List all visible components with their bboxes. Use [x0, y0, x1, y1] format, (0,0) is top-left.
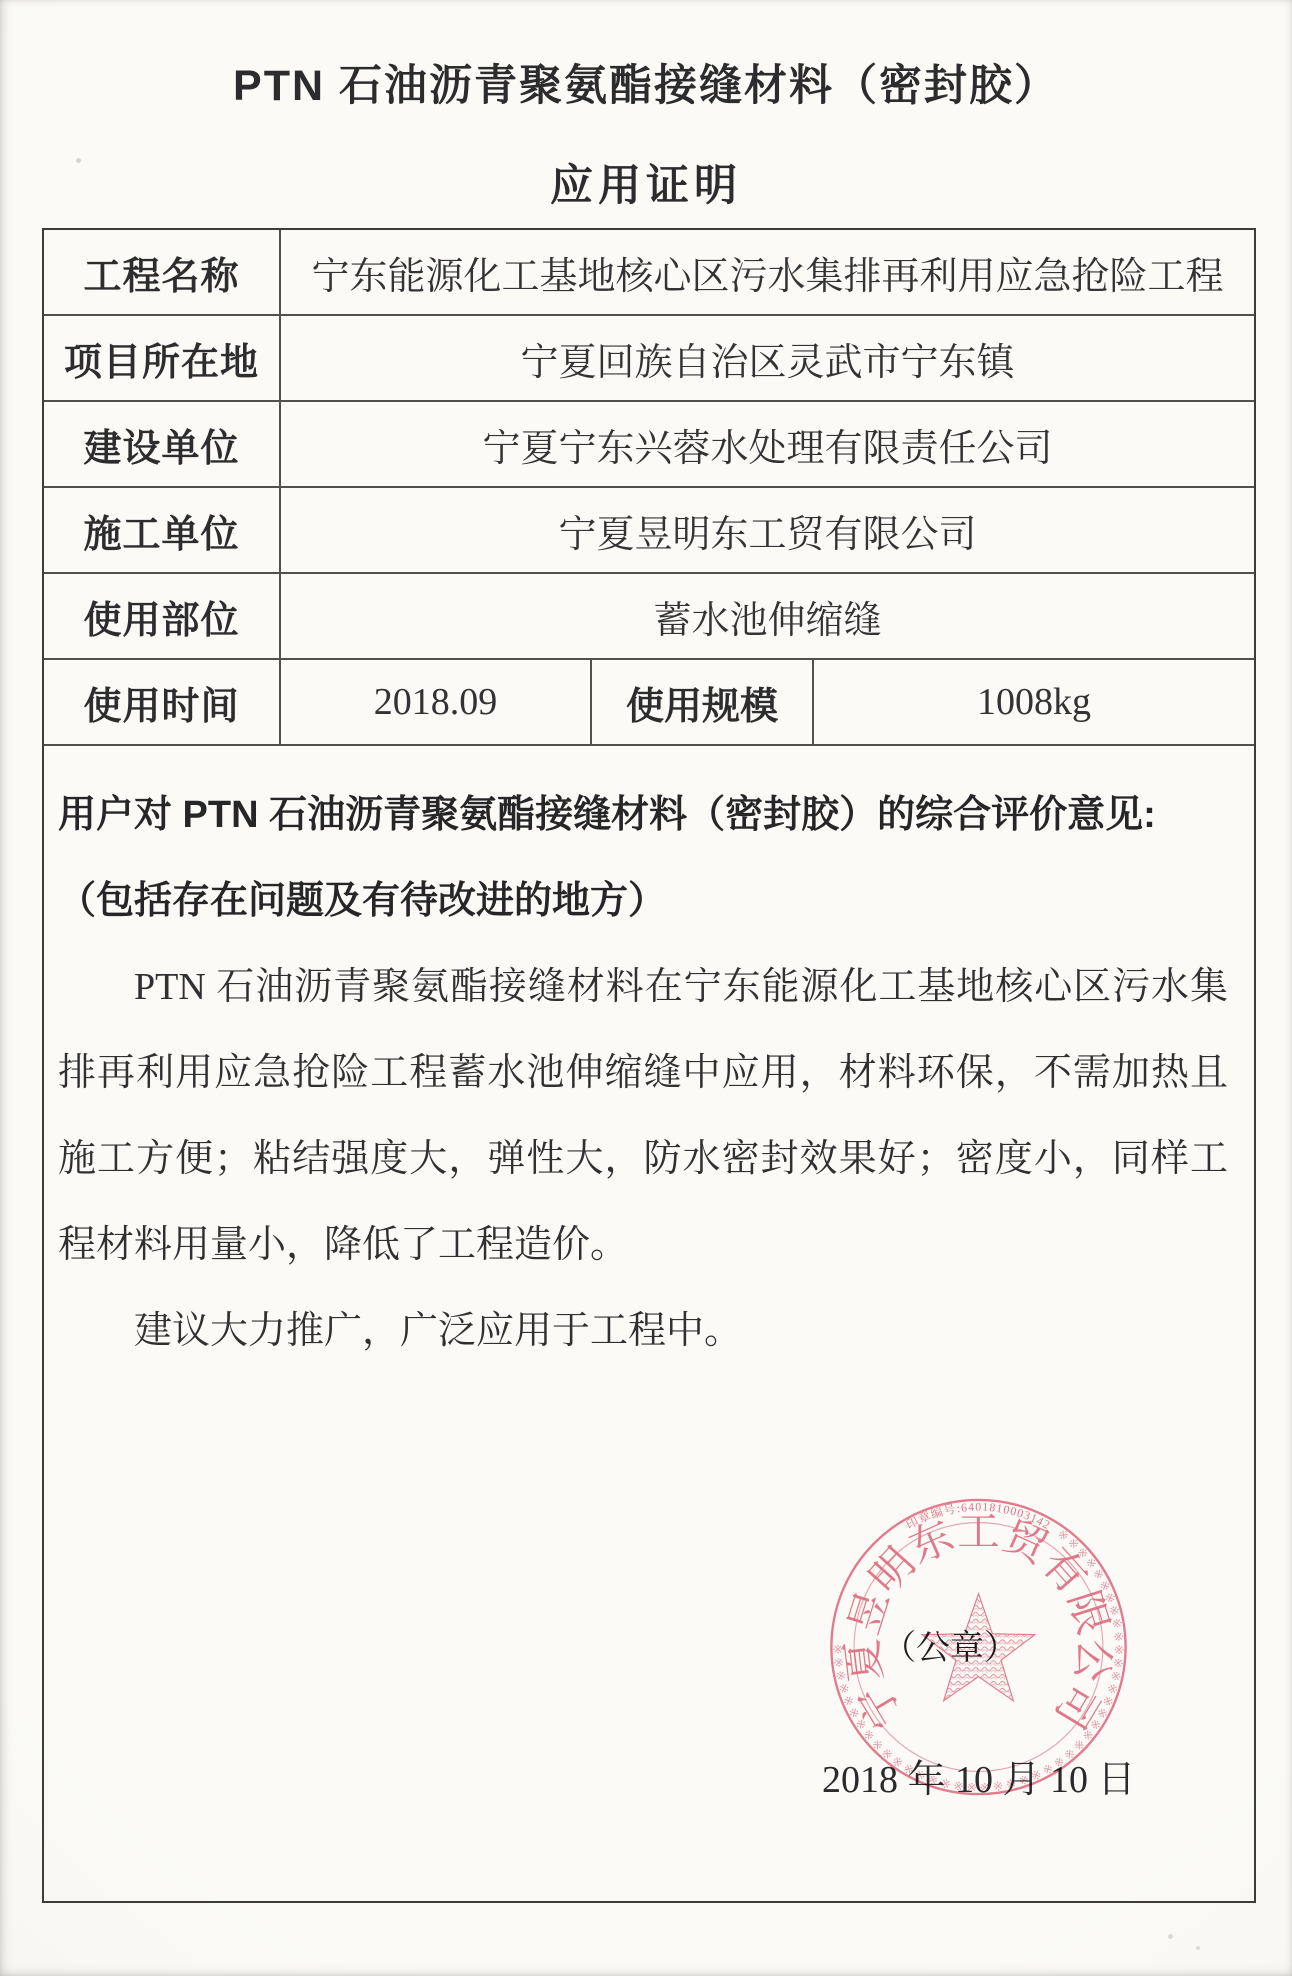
- star-icon: [922, 1594, 1035, 1701]
- scan-noise-dot: [1196, 1946, 1200, 1950]
- row-value: 宁东能源化工基地核心区污水集排再利用应急抢险工程: [281, 230, 1254, 314]
- row-label: 施工单位: [44, 488, 281, 572]
- table-row-usage-part: 使用部位 蓄水池伸缩缝: [44, 574, 1254, 660]
- usage-scale-label: 使用规模: [592, 660, 814, 744]
- evaluation-heading-line1: 用户对 PTN 石油沥青聚氨酯接缝材料（密封胶）的综合评价意见:: [58, 772, 1228, 858]
- row-label: 工程名称: [44, 230, 281, 314]
- usage-time-value: 2018.09: [281, 660, 592, 744]
- document-subtitle: 应用证明: [0, 152, 1292, 213]
- usage-time-label: 使用时间: [44, 660, 281, 744]
- evaluation-heading-line2: （包括存在问题及有待改进的地方）: [58, 858, 1228, 944]
- table-row-usage-time-scale: 使用时间 2018.09 使用规模 1008kg: [44, 660, 1254, 746]
- evaluation-body-line: 施工方便；粘结强度大，弹性大，防水密封效果好；密度小，同样工: [58, 1116, 1228, 1202]
- table-row-contractor: 施工单位 宁夏昱明东工贸有限公司: [44, 488, 1254, 574]
- usage-scale-value: 1008kg: [814, 660, 1254, 744]
- row-label: 建设单位: [44, 402, 281, 486]
- row-label: 使用部位: [44, 574, 281, 658]
- document-page: PTN 石油沥青聚氨酯接缝材料（密封胶） 应用证明 工程名称 宁东能源化工基地核…: [0, 0, 1292, 1976]
- row-label: 项目所在地: [44, 316, 281, 400]
- table-row-construction-owner: 建设单位 宁夏宁东兴蓉水处理有限责任公司: [44, 402, 1254, 488]
- company-seal-stamp: ※※※※※※※※※※※※※※※※※※※※※※※※※※※※※※※※※※※※※※※※…: [821, 1493, 1136, 1801]
- scan-noise-dot: [76, 158, 81, 163]
- document-title: PTN 石油沥青聚氨酯接缝材料（密封胶）: [0, 52, 1292, 113]
- table-row-project-name: 工程名称 宁东能源化工基地核心区污水集排再利用应急抢险工程: [44, 230, 1254, 316]
- row-value: 宁夏回族自治区灵武市宁东镇: [281, 316, 1254, 400]
- row-value: 宁夏昱明东工贸有限公司: [281, 488, 1254, 572]
- evaluation-body-line: 程材料用量小，降低了工程造价。: [58, 1202, 1228, 1288]
- scan-noise-dot: [1168, 1934, 1173, 1939]
- row-value: 蓄水池伸缩缝: [281, 574, 1254, 658]
- table-row-project-location: 项目所在地 宁夏回族自治区灵武市宁东镇: [44, 316, 1254, 402]
- evaluation-body-line: PTN 石油沥青聚氨酯接缝材料在宁东能源化工基地核心区污水集: [58, 944, 1228, 1030]
- row-value: 宁夏宁东兴蓉水处理有限责任公司: [281, 402, 1254, 486]
- evaluation-closing-line: 建议大力推广，广泛应用于工程中。: [58, 1288, 1228, 1374]
- evaluation-body-line: 排再利用应急抢险工程蓄水池伸缩缝中应用，材料环保，不需加热且: [58, 1030, 1228, 1116]
